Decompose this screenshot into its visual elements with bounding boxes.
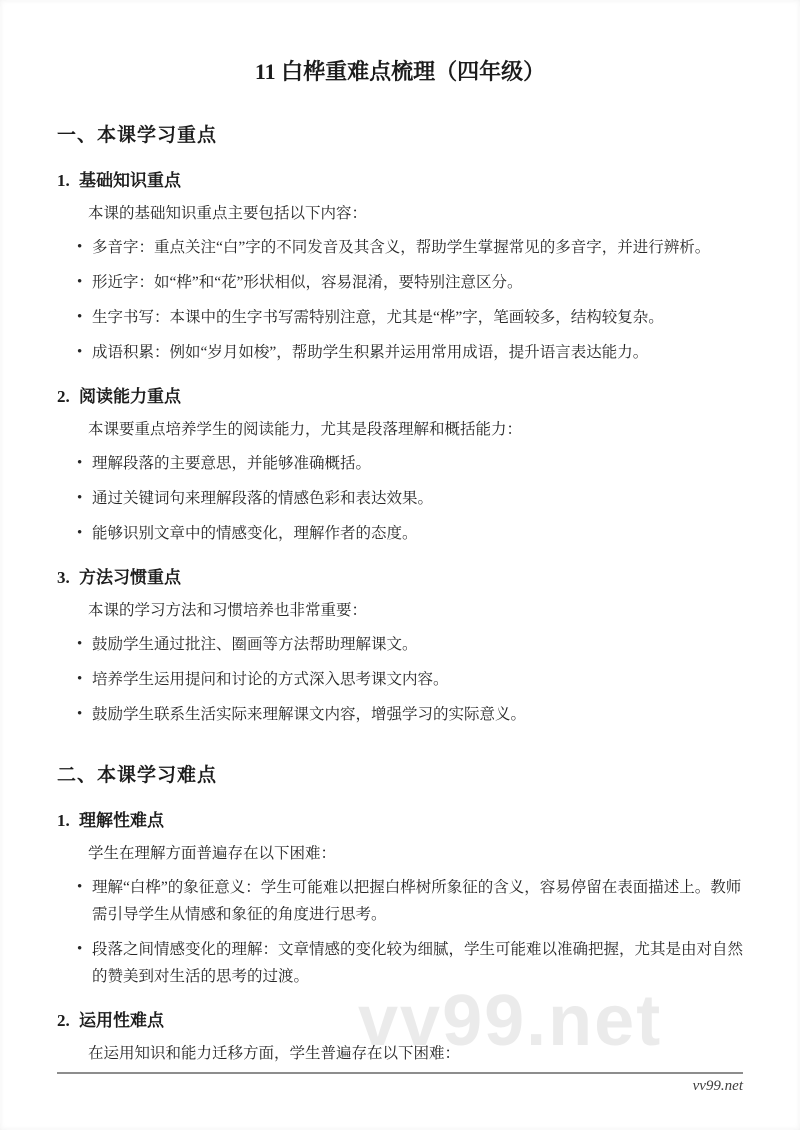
bullet-list: •理解“白桦”的象征意义：学生可能难以把握白桦树所象征的含义，容易停留在表面描述… (57, 874, 743, 990)
subsection-heading: 1.理解性难点 (57, 808, 743, 834)
document-page: vv99.net 11 白桦重难点梳理（四年级） 一、本课学习重点1.基础知识重… (0, 0, 800, 1130)
list-item: •多音字：重点关注“白”字的不同发音及其含义，帮助学生掌握常见的多音字，并进行辨… (57, 234, 743, 261)
subsection-title: 理解性难点 (79, 811, 164, 830)
bullet-icon: • (77, 450, 82, 477)
list-item-text: 理解段落的主要意思，并能够准确概括。 (92, 455, 371, 472)
section: 二、本课学习难点1.理解性难点学生在理解方面普遍存在以下困难：•理解“白桦”的象… (57, 762, 743, 1066)
list-item: •形近字：如“桦”和“花”形状相似，容易混淆，要特别注意区分。 (57, 269, 743, 296)
bullet-icon: • (77, 234, 82, 261)
subsection-title: 阅读能力重点 (79, 387, 181, 406)
subsection-heading: 2.运用性难点 (57, 1008, 743, 1034)
subsection-number: 1. (57, 168, 79, 194)
section-heading: 一、本课学习重点 (57, 122, 743, 150)
footer-site-label: vv99.net (57, 1075, 743, 1097)
subsection-intro: 学生在理解方面普遍存在以下困难： (57, 842, 743, 866)
subsection-heading: 1.基础知识重点 (57, 168, 743, 194)
subsection-intro: 在运用知识和能力迁移方面，学生普遍存在以下困难： (57, 1042, 743, 1066)
bullet-icon: • (77, 339, 82, 366)
bullet-icon: • (77, 520, 82, 547)
list-item-text: 生字书写：本课中的生字书写需特别注意，尤其是“桦”字，笔画较多，结构较复杂。 (92, 309, 664, 326)
list-item: •培养学生运用提问和讨论的方式深入思考课文内容。 (57, 666, 743, 693)
list-item: •理解段落的主要意思，并能够准确概括。 (57, 450, 743, 477)
subsection-intro: 本课要重点培养学生的阅读能力，尤其是段落理解和概括能力： (57, 418, 743, 442)
bullet-list: •多音字：重点关注“白”字的不同发音及其含义，帮助学生掌握常见的多音字，并进行辨… (57, 234, 743, 366)
list-item-text: 段落之间情感变化的理解：文章情感的变化较为细腻，学生可能难以准确把握，尤其是由对… (92, 941, 743, 985)
list-item-text: 形近字：如“桦”和“花”形状相似，容易混淆，要特别注意区分。 (92, 274, 523, 291)
section: 一、本课学习重点1.基础知识重点本课的基础知识重点主要包括以下内容：•多音字：重… (57, 122, 743, 728)
document-content: 11 白桦重难点梳理（四年级） 一、本课学习重点1.基础知识重点本课的基础知识重… (0, 0, 800, 1130)
subsection-title: 运用性难点 (79, 1011, 164, 1030)
section-heading: 二、本课学习难点 (57, 762, 743, 790)
list-item: •鼓励学生通过批注、圈画等方法帮助理解课文。 (57, 631, 743, 658)
list-item-text: 成语积累：例如“岁月如梭”，帮助学生积累并运用常用成语，提升语言表达能力。 (92, 344, 648, 361)
subsection: 2.阅读能力重点本课要重点培养学生的阅读能力，尤其是段落理解和概括能力：•理解段… (57, 384, 743, 547)
list-item-text: 鼓励学生通过批注、圈画等方法帮助理解课文。 (92, 636, 418, 653)
list-item: •通过关键词句来理解段落的情感色彩和表达效果。 (57, 485, 743, 512)
page-title: 11 白桦重难点梳理（四年级） (57, 56, 743, 88)
subsection: 3.方法习惯重点本课的学习方法和习惯培养也非常重要：•鼓励学生通过批注、圈画等方… (57, 565, 743, 728)
list-item: •生字书写：本课中的生字书写需特别注意，尤其是“桦”字，笔画较多，结构较复杂。 (57, 304, 743, 331)
bullet-icon: • (77, 701, 82, 728)
list-item: •能够识别文章中的情感变化，理解作者的态度。 (57, 520, 743, 547)
subsection: 1.基础知识重点本课的基础知识重点主要包括以下内容：•多音字：重点关注“白”字的… (57, 168, 743, 366)
sections-container: 一、本课学习重点1.基础知识重点本课的基础知识重点主要包括以下内容：•多音字：重… (57, 122, 743, 1066)
subsection-title: 方法习惯重点 (79, 568, 181, 587)
subsection-intro: 本课的基础知识重点主要包括以下内容： (57, 202, 743, 226)
subsection: 1.理解性难点学生在理解方面普遍存在以下困难：•理解“白桦”的象征意义：学生可能… (57, 808, 743, 990)
bullet-list: •鼓励学生通过批注、圈画等方法帮助理解课文。•培养学生运用提问和讨论的方式深入思… (57, 631, 743, 728)
subsection-number: 2. (57, 384, 79, 410)
list-item-text: 通过关键词句来理解段落的情感色彩和表达效果。 (92, 490, 433, 507)
subsection-title: 基础知识重点 (79, 171, 181, 190)
list-item-text: 能够识别文章中的情感变化，理解作者的态度。 (92, 525, 418, 542)
list-item: •成语积累：例如“岁月如梭”，帮助学生积累并运用常用成语，提升语言表达能力。 (57, 339, 743, 366)
subsection-number: 1. (57, 808, 79, 834)
subsection-heading: 3.方法习惯重点 (57, 565, 743, 591)
bullet-list: •理解段落的主要意思，并能够准确概括。•通过关键词句来理解段落的情感色彩和表达效… (57, 450, 743, 547)
subsection-intro: 本课的学习方法和习惯培养也非常重要： (57, 599, 743, 623)
bullet-icon: • (77, 666, 82, 693)
list-item: •鼓励学生联系生活实际来理解课文内容，增强学习的实际意义。 (57, 701, 743, 728)
list-item: •理解“白桦”的象征意义：学生可能难以把握白桦树所象征的含义，容易停留在表面描述… (57, 874, 743, 928)
list-item-text: 多音字：重点关注“白”字的不同发音及其含义，帮助学生掌握常见的多音字，并进行辨析… (92, 239, 710, 256)
bullet-icon: • (77, 874, 82, 901)
list-item-text: 培养学生运用提问和讨论的方式深入思考课文内容。 (92, 671, 449, 688)
list-item: •段落之间情感变化的理解：文章情感的变化较为细腻，学生可能难以准确把握，尤其是由… (57, 936, 743, 990)
subsection-heading: 2.阅读能力重点 (57, 384, 743, 410)
bullet-icon: • (77, 269, 82, 296)
subsection-number: 2. (57, 1008, 79, 1034)
bullet-icon: • (77, 631, 82, 658)
bullet-icon: • (77, 304, 82, 331)
subsection: 2.运用性难点在运用知识和能力迁移方面，学生普遍存在以下困难： (57, 1008, 743, 1066)
list-item-text: 理解“白桦”的象征意义：学生可能难以把握白桦树所象征的含义，容易停留在表面描述上… (92, 879, 741, 923)
subsection-number: 3. (57, 565, 79, 591)
footer-divider: vv99.net (57, 1072, 743, 1097)
bullet-icon: • (77, 485, 82, 512)
bullet-icon: • (77, 936, 82, 963)
list-item-text: 鼓励学生联系生活实际来理解课文内容，增强学习的实际意义。 (92, 706, 526, 723)
